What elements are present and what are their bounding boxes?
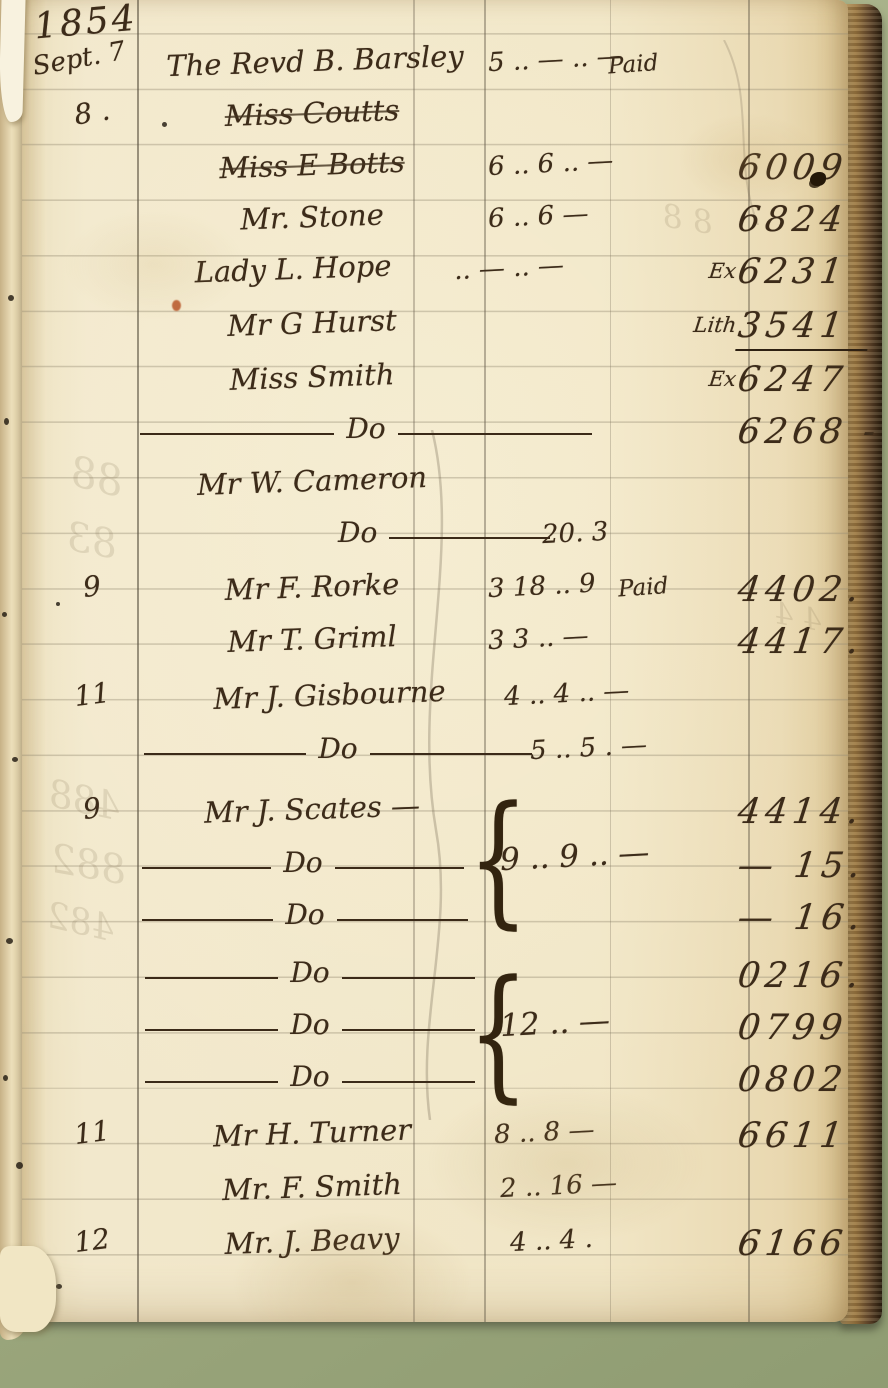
ledger-row: Do 5 .. 5 . —: [22, 732, 848, 786]
entry-name: Mr G Hurst: [137, 300, 488, 346]
ink-speck: [6, 938, 13, 944]
entry-ref: 6009: [736, 148, 881, 188]
entry-ref: 4417.: [736, 622, 881, 662]
ledger-row: Sept. 7 The Revd B. Barsley 5 .. — .. — …: [22, 44, 848, 98]
entry-date: 11: [48, 673, 135, 716]
ledger-row: Do 9 .. 9 .. — — 15.: [22, 846, 848, 900]
entry-name: Do: [145, 1008, 475, 1041]
red-stain: [172, 300, 181, 311]
entry-ref: Ex6247: [736, 360, 881, 400]
entry-name: Do: [140, 412, 592, 445]
entry-amount: 6 .. 6 —: [487, 196, 648, 234]
ledger-row: Do 12 .. — 0799: [22, 1008, 848, 1062]
entry-name: Do: [338, 516, 550, 549]
ledger-row: Mr T. Griml 3 3 .. — 4417.: [22, 622, 848, 676]
entry-ref: 6166: [736, 1224, 881, 1264]
ink-blot: [810, 172, 826, 186]
ink-speck: [12, 757, 18, 762]
ledger-row: 12 Mr. J. Beavy 4 .. 4 . 6166: [22, 1224, 848, 1278]
entry-ref: Lith3541: [735, 306, 881, 351]
ink-speck: [8, 295, 14, 301]
entry-amount: 4 .. 4 .. —: [503, 674, 664, 712]
ledger-row: Mr. Stone 6 .. 6 — 6824: [22, 200, 848, 254]
ledger-row: Do — 16.: [22, 898, 848, 952]
entry-date: 12: [48, 1219, 135, 1262]
entry-ref: 0799: [736, 1008, 881, 1048]
ink-speck: [56, 602, 60, 606]
ledger-row: Mr. F. Smith 2 .. 16 —: [22, 1170, 848, 1224]
entry-name: Miss E Botts: [137, 142, 488, 188]
ledger-row: Mr W. Cameron: [22, 464, 848, 518]
page-curl: [0, 0, 26, 122]
entry-name: Miss Coutts: [137, 90, 488, 136]
ledger-row: Miss Smith Ex6247: [22, 360, 848, 414]
entry-amount: 2 .. 16 —: [499, 1166, 660, 1204]
entry-ref: Ex6231: [736, 252, 881, 292]
ledger-row: 9 Mr J. Scates — 4414.: [22, 792, 848, 846]
entry-name: Mr F. Rorke: [137, 564, 488, 610]
entry-name: Miss Smith: [137, 354, 488, 400]
entry-name: Do: [142, 898, 468, 931]
ledger-row: Lady L. Hope .. — .. — Ex6231: [22, 252, 848, 306]
entry-name: Mr W. Cameron: [137, 458, 488, 504]
entry-ref: 6611: [736, 1116, 881, 1156]
ledger-row: Do 20. 3: [22, 516, 848, 570]
entry-name: Mr J. Scates —: [137, 786, 488, 832]
ink-speck: [16, 1162, 23, 1169]
photo-background: 88 83 488 882 482 8 8 4 4 1854 Sept. 7 T…: [0, 0, 888, 1388]
entry-ref: 0216.: [736, 956, 881, 996]
entry-name: Lady L. Hope: [118, 246, 469, 292]
entry-name: Do: [142, 846, 464, 879]
entry-name: The Revd B. Barsley: [134, 38, 497, 85]
ledger-row: Mr G Hurst Lith3541: [22, 306, 848, 360]
entry-ref: 6268 -: [736, 412, 881, 452]
entry-name: Mr H. Turner: [137, 1110, 488, 1156]
ledger-row: 11 Mr J. Gisbourne 4 .. 4 .. —: [22, 678, 848, 732]
entry-ref: 0802: [736, 1060, 881, 1100]
ledger-row: Miss E Botts 6 .. 6 .. — 6009: [22, 148, 848, 202]
entry-name: Mr J. Gisbourne: [137, 671, 523, 718]
entry-date: 11: [48, 1111, 135, 1154]
ink-speck: [2, 612, 7, 617]
page-curl: [0, 1246, 56, 1332]
ledger-row: 9 Mr F. Rorke 3 18 .. 9 Paid 4402.: [22, 570, 848, 624]
entry-name: Mr. Stone: [137, 194, 488, 240]
ink-speck: [3, 1075, 8, 1081]
entry-name: Mr. F. Smith: [137, 1164, 488, 1210]
entry-ref: 4402.: [736, 570, 881, 610]
entry-ref: 4414.: [736, 792, 881, 832]
entry-amount: 6 .. 6 .. —: [487, 144, 648, 182]
ledger-page: 88 83 488 882 482 8 8 4 4 1854 Sept. 7 T…: [22, 0, 848, 1322]
entry-amount: .. — .. —: [453, 248, 614, 286]
ink-speck: [4, 418, 9, 425]
entry-name: Mr T. Griml: [137, 616, 488, 662]
entry-amount: 9 .. 9 .. —: [499, 834, 661, 878]
entry-amount: 5 .. 5 . —: [529, 728, 690, 766]
entry-amount: 3 3 .. —: [487, 618, 648, 656]
entry-ref: 6824: [736, 200, 881, 240]
entry-name: Do: [145, 956, 475, 989]
ink-speck: [56, 1284, 62, 1289]
entry-amount: 12 .. —: [499, 1000, 661, 1044]
entry-amount: 8 .. 8 —: [493, 1112, 654, 1150]
entry-date: 9: [48, 787, 135, 830]
entry-name: Do: [145, 1060, 475, 1093]
ledger-row: Do 0802: [22, 1060, 848, 1114]
entry-amount: 4 .. 4 .: [509, 1220, 670, 1258]
entry-amount: 20. 3: [541, 512, 702, 550]
entry-name: Mr. J. Beavy: [137, 1218, 488, 1264]
entry-ref: — 16.: [736, 898, 881, 938]
ledger-row: 11 Mr H. Turner 8 .. 8 — 6611: [22, 1116, 848, 1170]
entry-date: 9: [48, 565, 135, 608]
entry-date: 8 .: [60, 92, 124, 134]
entry-ref: — 15.: [736, 846, 881, 886]
entry-name: Do: [144, 732, 532, 765]
ledger-row: 8 . Miss Coutts: [22, 96, 848, 150]
ledger-row: Do 0216.: [22, 956, 848, 1010]
ledger-row: Do 6268 -: [22, 412, 848, 466]
ink-speck: [162, 122, 167, 127]
